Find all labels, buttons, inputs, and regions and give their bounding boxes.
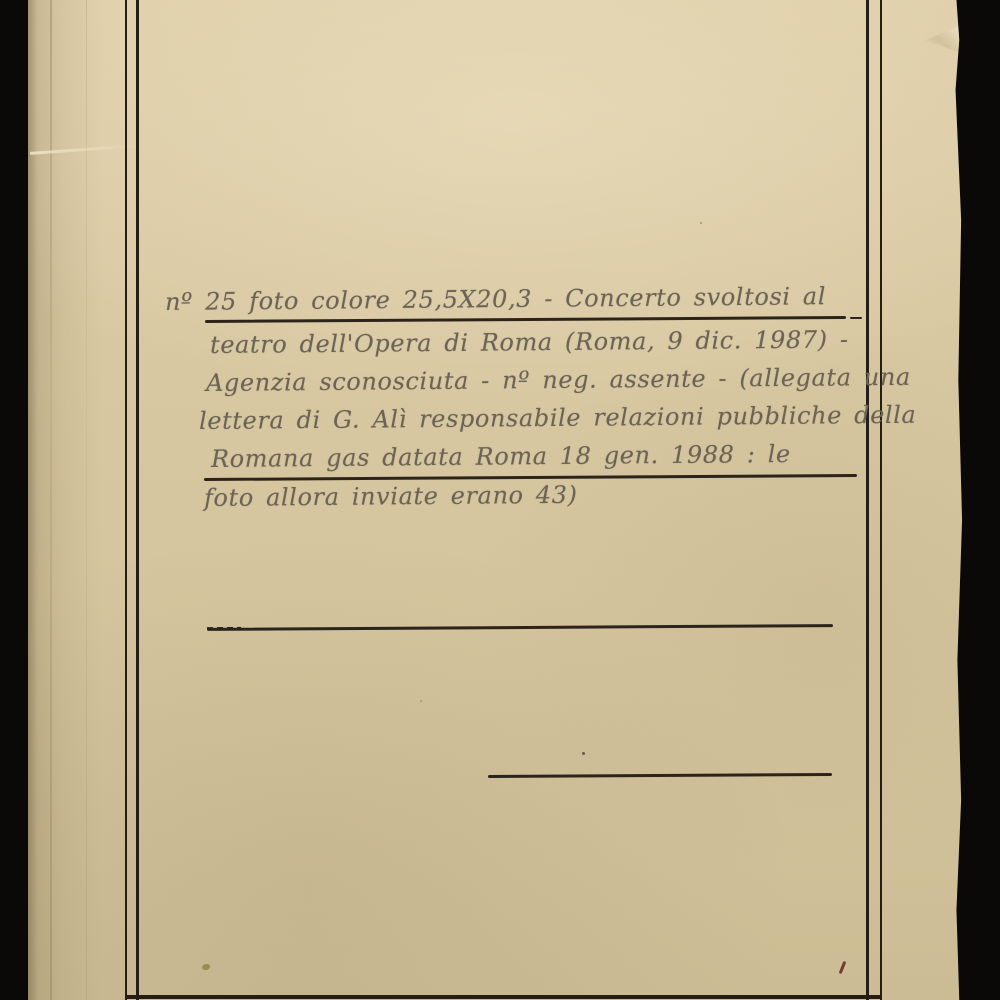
handwritten-line-5: Romana gas datata Roma 18 gen. 1988 : le (211, 440, 791, 473)
paper-speck (582, 752, 585, 755)
scan-background: nº 25 foto colore 25,5X20,3 - Concerto s… (0, 0, 1000, 1000)
frame-left-inner-rule (136, 0, 139, 1000)
frame-left-outer-rule (125, 0, 127, 1000)
paper-speck (420, 700, 422, 702)
top-right-fold (925, 26, 959, 52)
handwritten-line-2: teatro dell'Opera di Roma (Roma, 9 dic. … (210, 325, 849, 359)
blank-rule-middle-dashed-start (207, 627, 241, 629)
paper-speck (700, 222, 702, 224)
handwritten-line-6: foto allora inviate erano 43) (204, 481, 578, 512)
frame-right-inner-rule (866, 0, 869, 1000)
handwritten-line-1: nº 25 foto colore 25,5X20,3 - Concerto s… (165, 282, 826, 316)
frame-right-outer-rule (880, 0, 882, 1000)
frame-bottom-rule (125, 995, 882, 999)
underline-first-line-dash (850, 317, 862, 319)
